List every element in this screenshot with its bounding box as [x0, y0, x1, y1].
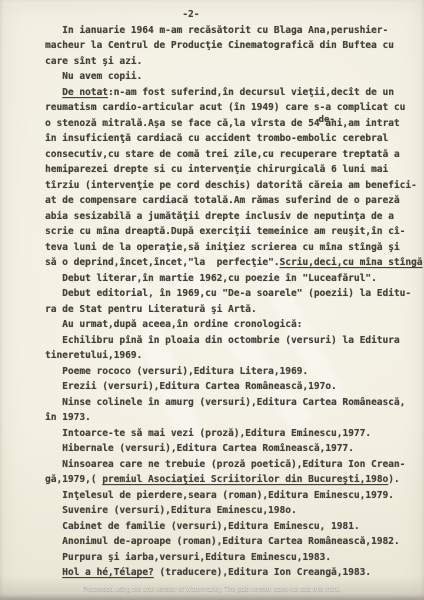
text-segment [45, 87, 62, 98]
trial-watermark-text: Processed using the trial version of Wat… [0, 587, 424, 593]
text-segment [45, 567, 62, 578]
text-segment: Suvenire (versuri),Editura Eminescu,198o… [45, 505, 297, 516]
page-number: -2- [45, 7, 423, 23]
text-line: Hol a hé,Télape? (traducere),Editura Ion… [45, 565, 423, 581]
text-line: tineretului,1969. [45, 348, 423, 364]
text-line: o stenoză mitrală.Aşa se face că,la vîrs… [45, 116, 423, 132]
text-segment: Ninse colinele în amurg (versuri),Editur… [45, 397, 405, 408]
text-line: Hibernale (versuri),Editura Cartea Romîn… [45, 441, 423, 457]
text-segment: gă,1979,( [45, 474, 102, 485]
text-segment: Cabinet de familie (versuri),Editura Emi… [45, 521, 360, 532]
scanned-document-page: -2- In ianuarie 1964 m-am recăsătorit cu… [0, 0, 424, 600]
text-segment: (traducere),Editura Ion Creangă,1983. [154, 567, 371, 578]
text-segment: Debut literar,în martie 1962,cu poezie î… [45, 273, 377, 284]
text-line: macheur la Centrul de Producţie Cinemato… [45, 38, 423, 54]
text-line: în insuficienţă cardiacă cu accident tro… [45, 131, 423, 147]
underlined-text: De notat [62, 87, 108, 98]
text-segment: ra de Stat pentru Literatură şi Artă. [45, 304, 257, 315]
text-segment: Purpura şi iarba,versuri,Editura Eminesc… [45, 552, 331, 563]
text-segment: abia sesizabilă a jumătăţii drepte inclu… [45, 211, 394, 222]
text-segment: o stenoză mitrală.Aşa se face că,la vîrs… [45, 118, 320, 129]
text-segment: Intoarce-te să mai vezi (proză),Editura … [45, 428, 371, 439]
text-line: reumatism cardio-articular acut (în 1949… [45, 100, 423, 116]
text-segment: teva luni de la operaţie,să iniţiez scri… [45, 242, 400, 253]
underlined-text: Scriu,deci,cu mîna stîngă [280, 257, 423, 268]
text-segment: consecutiv,cu stare de comă trei zile,cu… [45, 149, 400, 160]
text-line: tîrziu (intervenţie pe cord deschis) dat… [45, 178, 423, 194]
text-line: consecutiv,cu stare de comă trei zile,cu… [45, 147, 423, 163]
text-segment: Hibernale (versuri),Editura Cartea Romîn… [45, 443, 354, 454]
text-line: Cabinet de familie (versuri),Editura Emi… [45, 519, 423, 535]
text-line: Nu avem copii. [45, 69, 423, 85]
text-segment: Echilibru pînă în ploaia din octombrie (… [45, 335, 400, 346]
text-segment: at de compensare cardiacă totală.Am răma… [45, 195, 400, 206]
underlined-text: premiul Asociaţiei Scriitorilor din Bucu… [102, 474, 388, 485]
text-segment: -2- [45, 9, 199, 20]
text-line: Poeme rococo (versuri),Editura Litera,19… [45, 364, 423, 380]
text-segment: tineretului,1969. [45, 350, 142, 361]
text-line: în 1973. [45, 410, 423, 426]
text-line: care sînt şi azi. [45, 54, 423, 70]
text-segment: care sînt şi azi. [45, 56, 142, 67]
text-line: Intoarce-te să mai vezi (proză),Editura … [45, 426, 423, 442]
text-line: at de compensare cardiacă totală.Am răma… [45, 193, 423, 209]
text-line: să o deprind,încet,încet,"la perfecţie".… [45, 255, 423, 271]
text-segment: în 1973. [45, 412, 91, 423]
text-segment: tîrziu (intervenţie pe cord deschis) dat… [45, 180, 417, 191]
text-line: In ianuarie 1964 m-am recăsătorit cu Bla… [45, 23, 423, 39]
text-segment: In ianuarie 1964 m-am recăsătorit cu Bla… [45, 25, 388, 36]
text-line: ra de Stat pentru Literatură şi Artă. [45, 302, 423, 318]
text-line: Au urmat,după aceea,în ordine cronologic… [45, 317, 423, 333]
typewritten-text-block: -2- In ianuarie 1964 m-am recăsătorit cu… [45, 7, 423, 581]
text-segment: Anonimul de-aproape (roman),Editura Cart… [45, 536, 400, 547]
text-line: Debut literar,în martie 1962,cu poezie î… [45, 271, 423, 287]
text-segment: Poeme rococo (versuri),Editura Litera,19… [45, 366, 308, 377]
text-segment: Erezii (versuri),Editura Cartea Româneas… [45, 381, 337, 392]
text-line: Inţelesul de pierdere,seara (roman),Edit… [45, 488, 423, 504]
text-segment: să o deprind,încet,încet,"la perfecţie". [45, 257, 280, 268]
text-segment: Au urmat,după aceea,în ordine cronologic… [45, 319, 302, 330]
text-segment: Inţelesul de pierdere,seara (roman),Edit… [45, 490, 394, 501]
text-line: Debut editorial, în 1969,cu "De-a soarel… [45, 286, 423, 302]
text-segment: în insuficienţă cardiacă cu accident tro… [45, 133, 388, 144]
text-line: Ninsoarea care ne trebuie (proză poetică… [45, 457, 423, 473]
text-line: teva luni de la operaţie,să iniţiez scri… [45, 240, 423, 256]
text-line: gă,1979,( premiul Asociaţiei Scriitorilo… [45, 472, 423, 488]
text-segment: :n-am fost suferind,în decursul vieţii,d… [108, 87, 394, 98]
text-line: Anonimul de-aproape (roman),Editura Cart… [45, 534, 423, 550]
text-line: Echilibru pînă în ploaia din octombrie (… [45, 333, 423, 349]
text-line: Ninse colinele în amurg (versuri),Editur… [45, 395, 423, 411]
text-segment: hemiparezei drepte si cu intervenţie chi… [45, 164, 388, 175]
text-segment: Debut editorial, în 1969,cu "De-a soarel… [45, 288, 411, 299]
text-line: scrie cu mîna dreaptă.După exerciţii tem… [45, 224, 423, 240]
text-segment: macheur la Centrul de Producţie Cinemato… [45, 40, 394, 51]
text-line: abia sesizabilă a jumătăţii drepte inclu… [45, 209, 423, 225]
text-line: Purpura şi iarba,versuri,Editura Eminesc… [45, 550, 423, 566]
underlined-text: Hol a hé,Télape? [62, 567, 154, 578]
text-segment: Nu avem copii. [45, 71, 142, 82]
text-line: hemiparezei drepte si cu intervenţie chi… [45, 162, 423, 178]
text-segment: reumatism cardio-articular acut (în 1949… [45, 102, 405, 113]
text-segment: ). [388, 474, 399, 485]
text-segment: Ninsoarea care ne trebuie (proză poetică… [45, 459, 405, 470]
text-line: Suvenire (versuri),Editura Eminescu,198o… [45, 503, 423, 519]
text-line: De notat:n-am fost suferind,în decursul … [45, 85, 423, 101]
text-line: Erezii (versuri),Editura Cartea Româneas… [45, 379, 423, 395]
text-segment: scrie cu mîna dreaptă.După exerciţii tem… [45, 226, 405, 237]
